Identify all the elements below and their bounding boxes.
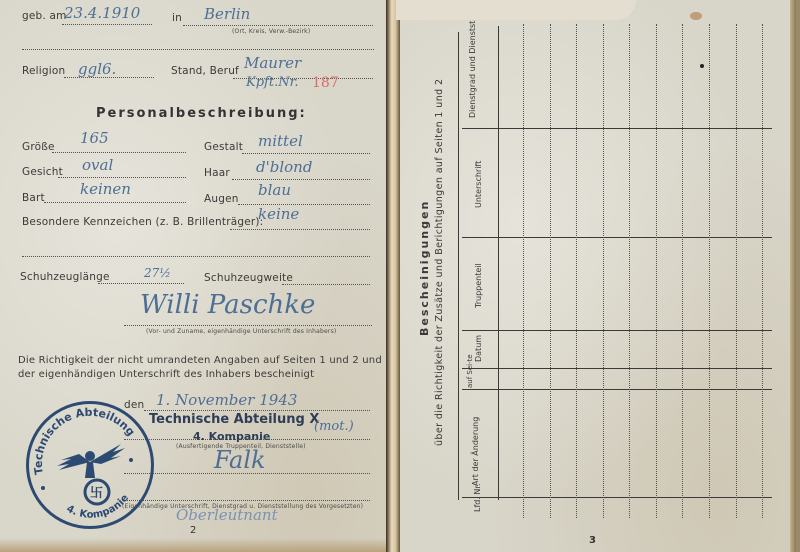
entry-line-9[interactable] [736,24,737,518]
special-marks-label: Besondere Kennzeichen (z. B. Brillenträg… [22,216,263,228]
column-header-art-der-aenderung: Art der Änderung [471,417,480,486]
special-marks-dotline [230,229,370,230]
entry-line-6[interactable] [656,24,657,518]
birth-date-label: geb. am [22,10,67,22]
column-header-auf-seite: auf Sei-te [466,354,474,388]
birth-place-dotline [183,25,373,26]
birth-place-hint: (Ort, Kreis, Verw.-Bezirk) [232,28,310,35]
entry-line-5[interactable] [629,24,630,518]
birth-date-dotline [62,24,152,25]
shoe-length-dotline [98,283,184,284]
column-header-truppenteil: Truppenteil [474,263,483,308]
birth-place-value: Berlin [204,5,250,23]
occupation-number-red: 187 [312,75,339,91]
entry-line-1[interactable] [523,24,524,518]
face-dotline [58,177,186,178]
occupation-note: Kpft.Nr. [246,75,299,90]
hair-label: Haar [204,167,230,179]
page-number-right: 3 [589,535,596,546]
personal-description-title: Personalbeschreibung: [96,106,307,121]
beard-value: keinen [80,180,131,198]
occupation-value: Maurer [244,54,301,72]
row-divider-1 [462,128,772,129]
officer-signature: Falk [214,446,266,474]
right-page-certifications-table: Bescheinigungen über die Richtigkeit der… [400,0,796,552]
official-stamp: Technische Abteilung X 4. Kompanie 卐 [26,401,154,529]
face-label: Gesicht [22,166,63,178]
certification-text-2: der eigenhändigen Unterschrift des Inhab… [18,369,314,380]
svg-text:卐: 卐 [90,486,103,501]
religion-label: Religion [22,65,65,77]
height-value: 165 [80,129,109,147]
shoe-width-dotline [282,284,370,285]
certification-text-1: Die Richtigkeit der nicht umrandeten Ang… [18,355,382,366]
folded-corner [396,0,636,20]
cert-date-dotline [144,410,370,411]
unit-stamp-line-1: Technische Abteilung X [149,412,319,427]
entry-line-2[interactable] [550,24,551,518]
hair-value: d'blond [256,158,312,176]
svg-text:Technische Abteilung X: Technische Abteilung X [29,404,137,476]
height-label: Größe [22,141,55,153]
face-value: oval [82,156,113,174]
signature-hint: (Vor- und Zuname, eigenhändige Unterschr… [146,328,336,335]
birth-place-label: in [172,12,182,24]
officer-signature-dotline [124,473,370,474]
row-divider-5 [462,389,772,390]
eyes-value: blau [258,181,291,199]
officer-rank: Oberleutnant [176,506,278,524]
certifications-subtitle: über die Richtigkeit der Zusätze und Ber… [434,79,445,446]
shoe-length-label: Schuhzeuglänge [20,271,110,283]
worn-bottom-edge [0,538,388,552]
officer-rank-dotline [124,500,370,501]
beard-dotline [44,202,186,203]
row-divider-3 [462,330,772,331]
page-number-left: 2 [190,525,196,536]
entry-line-10[interactable] [762,24,763,518]
ink-dot [700,64,704,68]
build-label: Gestalt [204,141,243,153]
shoe-width-label: Schuhzeugweite [204,272,293,284]
blank-dotline-2 [22,256,370,257]
occupation-label: Stand, Beruf [171,65,239,77]
blank-dotline [22,49,374,50]
entry-line-3[interactable] [576,24,577,518]
signature-dotline [124,325,372,326]
religion-value: ggl6. [78,60,116,78]
height-dotline [52,152,186,153]
left-page-personal-description: geb. am 23.4.1910 in Berlin (Ort, Kreis,… [0,0,391,552]
birth-date-value: 23.4.1910 [64,4,140,22]
eyes-label: Augen [204,193,239,205]
column-header-unterschrift: Unterschrift [474,161,483,208]
cert-date-value: 1. November 1943 [156,391,297,409]
shoe-length-value: 27½ [144,266,171,280]
entry-line-8[interactable] [709,24,710,518]
holder-signature: Willi Paschke [140,290,315,320]
build-dotline [242,153,370,154]
entry-line-4[interactable] [603,24,604,518]
row-divider-4 [462,368,772,369]
beard-label: Bart [22,192,45,204]
certifications-title: Bescheinigungen [418,200,431,336]
table-header-border [498,26,499,500]
stain [690,12,702,20]
unit-suffix: (mot.) [314,419,354,434]
special-marks-value: keine [258,205,299,223]
unit-stamp-line-2: 4. Kompanie [193,430,270,443]
table-left-border [458,32,459,500]
worn-right-edge [790,0,796,552]
hair-dotline [232,179,370,180]
eagle-emblem-icon: Technische Abteilung X 4. Kompanie 卐 [29,404,151,526]
row-divider-6 [462,497,772,498]
build-value: mittel [258,132,303,150]
column-header-datum: Datum [474,335,483,362]
stamp-top-text: Technische Abteilung X [29,404,137,476]
column-header-lfd-nr: Lfd. Nr. [473,483,482,512]
row-divider-2 [462,237,772,238]
entry-line-7[interactable] [682,24,683,518]
